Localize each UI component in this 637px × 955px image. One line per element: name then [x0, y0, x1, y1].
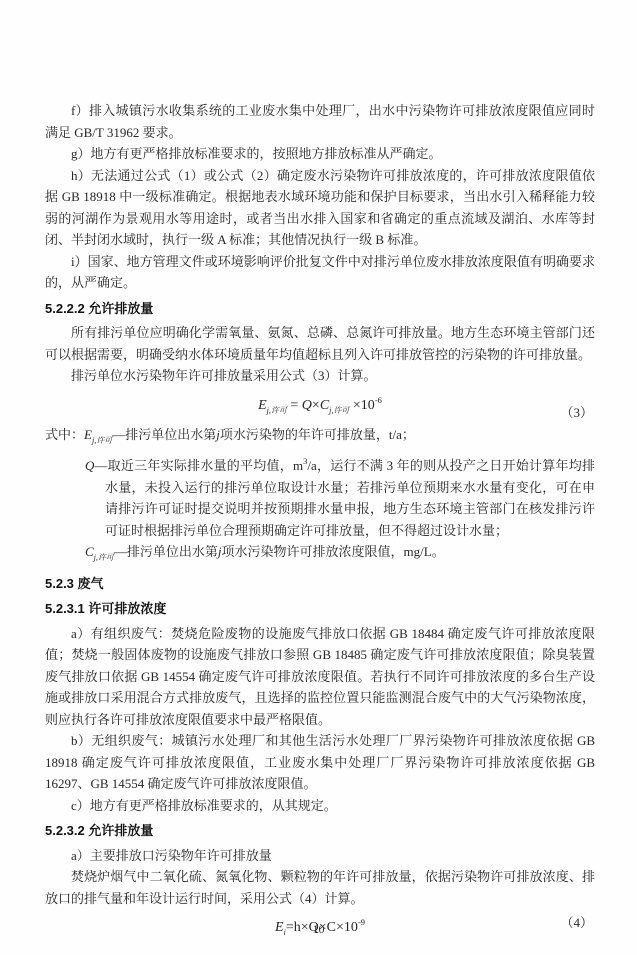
- formula-3-number-label: （3）: [560, 401, 593, 425]
- Q-description-pre: —取近三年实际排水量的平均值，m: [94, 458, 303, 473]
- formula-3-power-base: ×10: [353, 398, 375, 413]
- where-lead: 式中：: [45, 427, 84, 442]
- paragraph-g: g）地方有更严格排放标准要求的，按照地方排放标准从严确定。: [45, 143, 595, 165]
- paragraph-f: f）排入城镇污水收集系统的工业废水集中处理厂，出水中污染物许可排放浓度限值应同时…: [45, 100, 595, 143]
- paragraph-formula3-intro: 排污单位水污染物年许可排放量采用公式（3）计算。: [45, 365, 595, 387]
- formula-3-E-subscript: j,许可: [267, 406, 287, 415]
- formula-3-variable-Q: Q: [302, 398, 312, 413]
- paragraph-a-organized-gas: a）有组织废气：焚烧危险废物的设施废气排放口依据 GB 18484 确定废气许可…: [45, 623, 595, 731]
- formula-3-C-subscript: j,许可: [329, 406, 349, 415]
- section-heading-5.2.3.1: 5.2.3.1 许可排放浓度: [45, 598, 595, 620]
- C-subscript: j,许可: [94, 553, 114, 562]
- paragraph-allowance: 所有排污单位应明确化学需氧量、氨氮、总磷、总氮许可排放量。地方生态环境主管部门还…: [45, 322, 595, 365]
- document-page: f）排入城镇污水收集系统的工业废水集中处理厂，出水中污染物许可排放浓度限值应同时…: [0, 0, 637, 955]
- formula-3-exponent: -6: [375, 395, 382, 405]
- paragraph-a-main-outlet: a）主要排放口污染物年许可排放量: [45, 845, 595, 867]
- page-number: 10: [0, 922, 637, 937]
- paragraph-formula4-intro: 焚烧炉烟气中二氧化硫、氮氧化物、颗粒物的年许可排放量，依据污染物许可排放浓度、排…: [45, 866, 595, 909]
- C-variable: C: [85, 544, 94, 559]
- paragraph-h: h）无法通过公式（1）或公式（2）确定废水污染物许可排放浓度的，许可排放浓度限值…: [45, 165, 595, 251]
- where-E-variable: E: [84, 427, 92, 442]
- section-heading-5.2.3.2: 5.2.3.2 允许排放量: [45, 820, 595, 842]
- formula-3-equals: =: [290, 398, 298, 413]
- paragraph-c-local-standard: c）地方有更严格排放标准要求的，从其规定。: [45, 795, 595, 817]
- formula-3-C-definition: Cj,许可—排污单位出水第j项水污染物许可排放浓度限值，mg/L。: [105, 541, 595, 569]
- C-description-post: 项水污染物许可排放浓度限值，mg/L。: [222, 544, 445, 559]
- where-E-description-post: 项水污染物的年许可排放量，t/a；: [220, 427, 415, 442]
- paragraph-b-fugitive-gas: b）无组织废气：城镇污水处理厂和其他生活污水处理厂厂界污染物许可排放浓度依据 G…: [45, 730, 595, 795]
- section-heading-5.2.2.2: 5.2.2.2 允许排放量: [45, 298, 595, 320]
- formula-3-variable-C: C: [320, 398, 329, 413]
- section-heading-5.2.3: 5.2.3 废气: [45, 573, 595, 595]
- paragraph-i: i）国家、地方管理文件或环境影响评价批复文件中对排污单位废水排放浓度限值有明确要…: [45, 251, 595, 294]
- formula-3-Q-definition: Q—取近三年实际排水量的平均值，m3/a，运行不满 3 年的则从投产之日开始计算…: [105, 451, 595, 541]
- where-E-description-pre: —排污单位出水第: [112, 427, 216, 442]
- formula-3: Ej,许可 = Q×Cj,许可 ×10-6 （3）: [45, 388, 595, 423]
- document-content: f）排入城镇污水收集系统的工业废水集中处理厂，出水中污染物许可排放浓度限值应同时…: [45, 100, 595, 946]
- C-description-pre: —排污单位出水第: [114, 544, 218, 559]
- formula-3-variable-E: E: [258, 398, 267, 413]
- formula-3-where-clause: 式中：Ej,许可—排污单位出水第j项水污染物的年许可排放量，t/a；: [45, 424, 595, 452]
- Q-variable: Q: [85, 458, 94, 473]
- formula-3-times: ×: [312, 398, 320, 413]
- where-E-subscript: j,许可: [92, 436, 112, 445]
